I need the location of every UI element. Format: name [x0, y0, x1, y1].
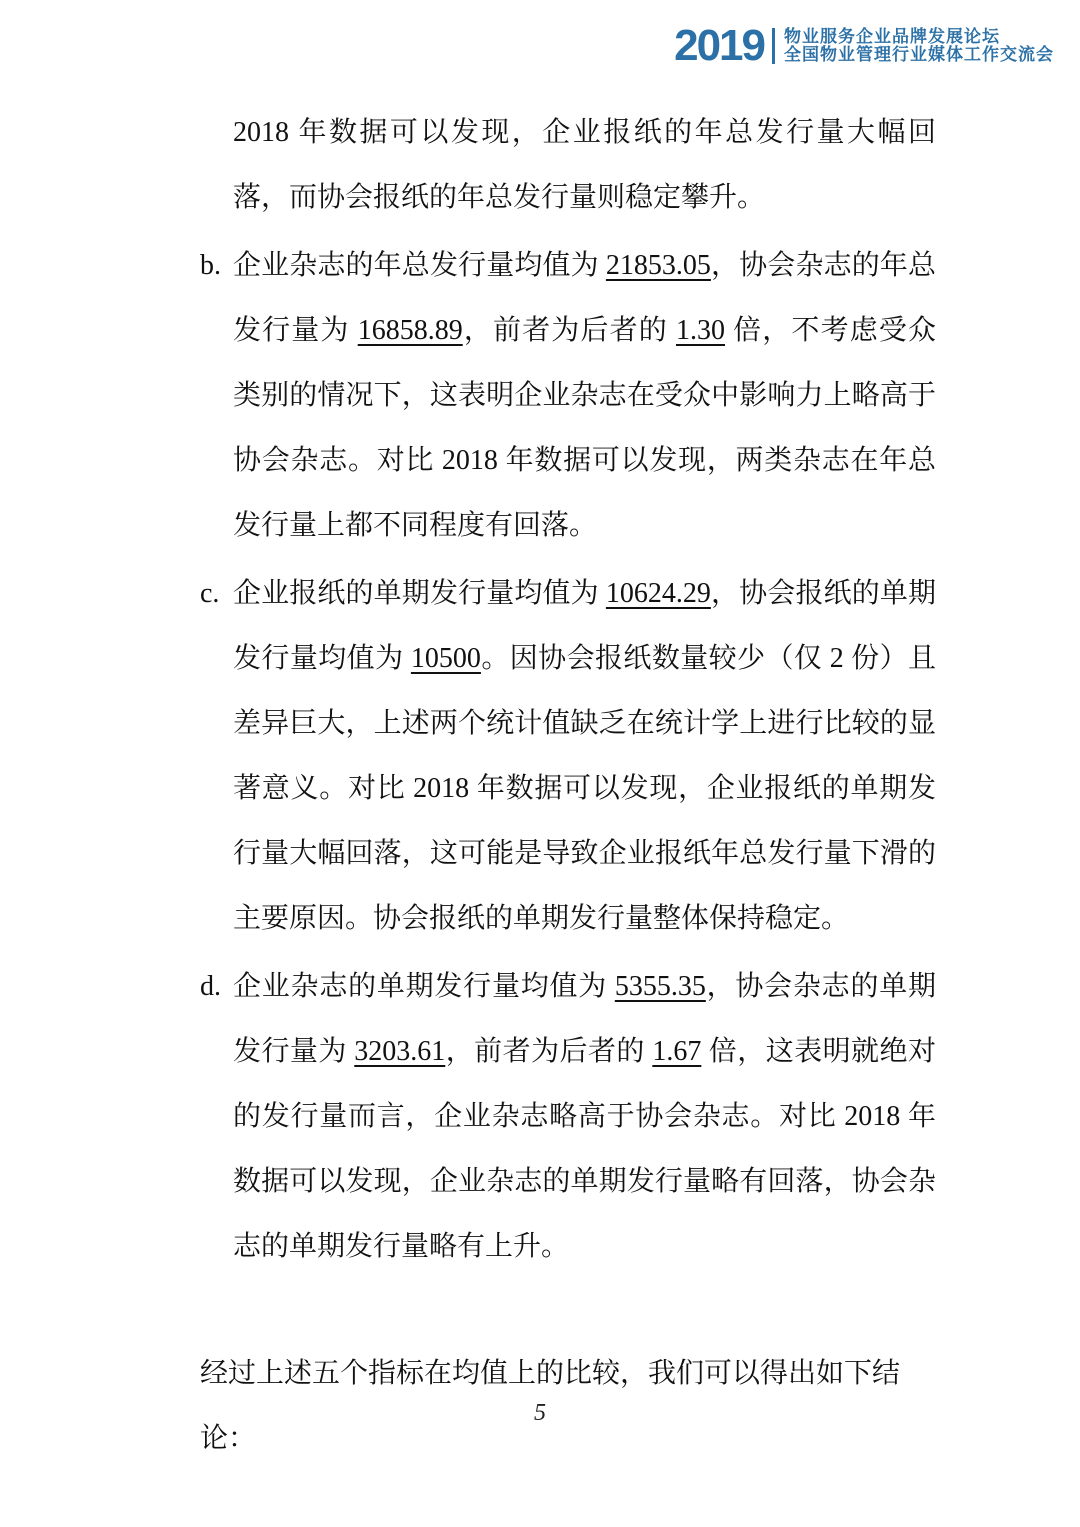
list-item-c: c.企业报纸的单期发行量均值为 10624.29，协会报纸的单期发行量均值为 1… — [200, 561, 936, 951]
text-segment: ，前者为后者的 — [445, 1036, 652, 1067]
logo-year-text: 2019 — [674, 26, 764, 66]
underlined-value: 1.30 — [676, 315, 725, 346]
page-number: 5 — [0, 1400, 1080, 1427]
logo-title-line2: 全国物业管理行业媒体工作交流会 — [784, 46, 1054, 64]
text-segment: 。因协会报纸数量较少（仅 2 份）且差异巨大，上述两个统计值缺乏在统计学上进行比… — [233, 643, 936, 934]
text-segment: 企业杂志的单期发行量均值为 — [233, 971, 615, 1002]
list-item-b: b.企业杂志的年总发行量均值为 21853.05，协会杂志的年总发行量为 168… — [200, 233, 936, 558]
underlined-value: 1.67 — [652, 1036, 701, 1067]
list-item-label: b. — [200, 233, 221, 298]
underlined-value: 16858.89 — [358, 315, 463, 346]
document-page: 2019 物业服务企业品牌发展论坛 全国物业管理行业媒体工作交流会 2018 年… — [0, 0, 1080, 1527]
forum-logo: 2019 物业服务企业品牌发展论坛 全国物业管理行业媒体工作交流会 — [674, 26, 1054, 66]
underlined-value: 10624.29 — [606, 578, 711, 609]
underlined-value: 5355.35 — [615, 971, 706, 1002]
list-item-label: d. — [200, 954, 221, 1019]
text-segment: 2018 年数据可以发现，企业报纸的年总发行量大幅回落，而协会报纸的年总发行量则… — [233, 117, 936, 213]
underlined-value: 21853.05 — [606, 250, 711, 281]
paragraph-list: 2018 年数据可以发现，企业报纸的年总发行量大幅回落，而协会报纸的年总发行量则… — [200, 100, 936, 1279]
text-segment: 倍，不考虑受众类别的情况下，这表明企业杂志在受众中影响力上略高于协会杂志。对比 … — [233, 315, 936, 541]
list-item-d: d.企业杂志的单期发行量均值为 5355.35，协会杂志的单期发行量为 3203… — [200, 954, 936, 1279]
paragraph-a-continuation: 2018 年数据可以发现，企业报纸的年总发行量大幅回落，而协会报纸的年总发行量则… — [200, 100, 936, 230]
text-segment: ，前者为后者的 — [463, 315, 676, 346]
logo-divider — [772, 28, 775, 64]
text-segment: 企业杂志的年总发行量均值为 — [233, 250, 606, 281]
document-body: 2018 年数据可以发现，企业报纸的年总发行量大幅回落，而协会报纸的年总发行量则… — [200, 100, 936, 1471]
logo-titles: 物业服务企业品牌发展论坛 全国物业管理行业媒体工作交流会 — [784, 26, 1054, 66]
logo-title-line1: 物业服务企业品牌发展论坛 — [784, 28, 1054, 46]
text-segment: 企业报纸的单期发行量均值为 — [233, 578, 606, 609]
text-segment: 倍，这表明就绝对的发行量而言，企业杂志略高于协会杂志。对比 2018 年数据可以… — [233, 1036, 936, 1262]
underlined-value: 3203.61 — [354, 1036, 445, 1067]
underlined-value: 10500 — [411, 643, 481, 674]
list-item-label: c. — [200, 561, 219, 626]
